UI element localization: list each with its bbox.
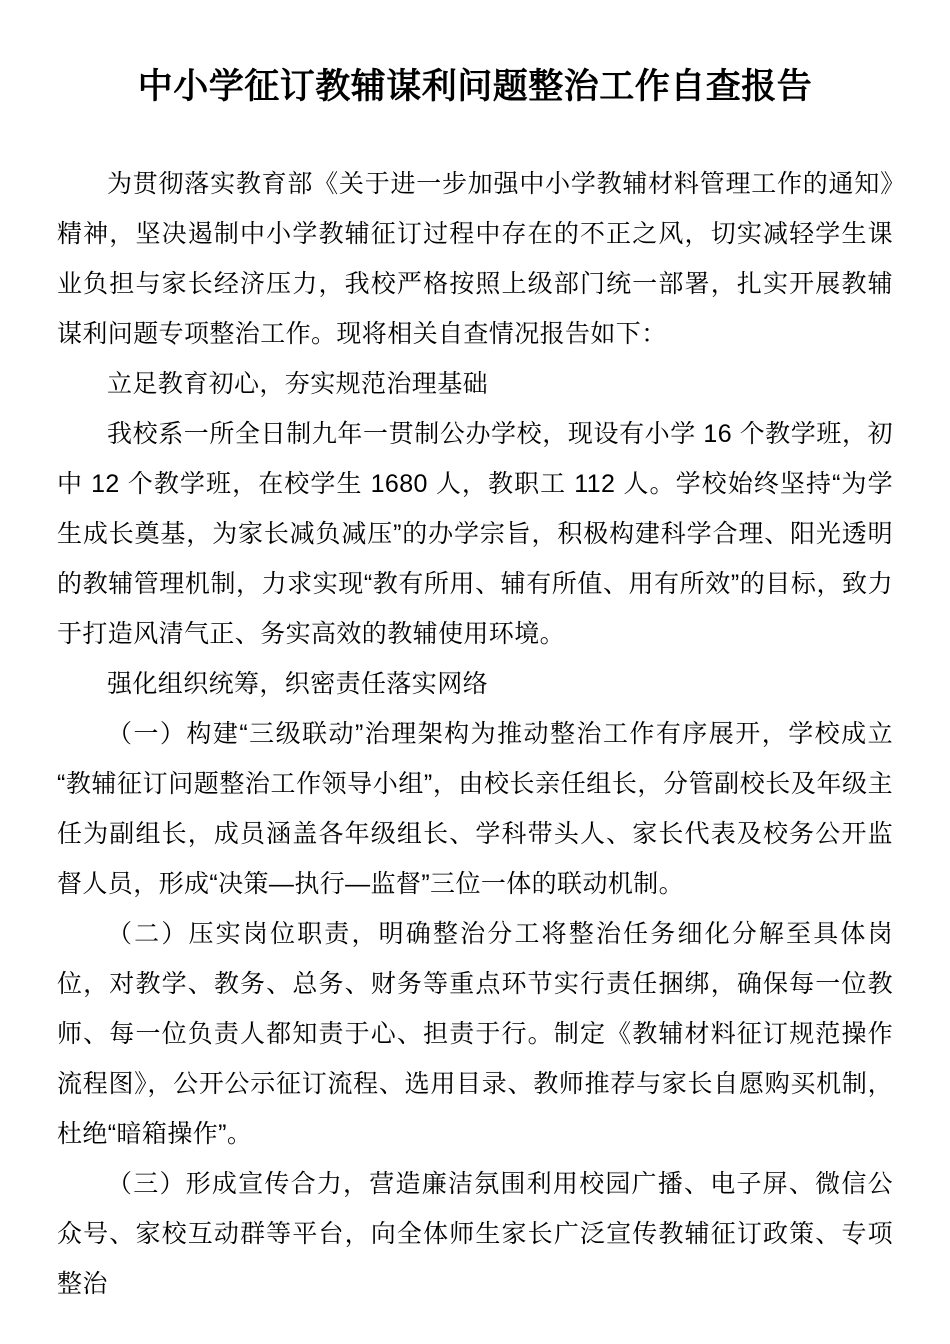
paragraph: （一）构建“三级联动”治理架构为推动整治工作有序展开，学校成立“教辅征订问题整治… xyxy=(57,709,893,909)
document-page: 中小学征订教辅谋利问题整治工作自查报告 为贯彻落实教育部《关于进一步加强中小学教… xyxy=(0,62,950,1309)
section-heading: 强化组织统筹，织密责任落实网络 xyxy=(57,659,893,709)
section-heading: 立足教育初心，夯实规范治理基础 xyxy=(57,359,893,409)
paragraph: 我校系一所全日制九年一贯制公办学校，现设有小学 16 个教学班，初中 12 个教… xyxy=(57,409,893,659)
document-title: 中小学征订教辅谋利问题整治工作自查报告 xyxy=(57,62,893,112)
paragraph: （三）形成宣传合力，营造廉洁氛围利用校园广播、电子屏、微信公众号、家校互动群等平… xyxy=(57,1159,893,1309)
document-body: 为贯彻落实教育部《关于进一步加强中小学教辅材料管理工作的通知》精神，坚决遏制中小… xyxy=(57,159,893,1309)
paragraph: 为贯彻落实教育部《关于进一步加强中小学教辅材料管理工作的通知》精神，坚决遏制中小… xyxy=(57,159,893,359)
paragraph: （二）压实岗位职责，明确整治分工将整治任务细化分解至具体岗位，对教学、教务、总务… xyxy=(57,909,893,1159)
